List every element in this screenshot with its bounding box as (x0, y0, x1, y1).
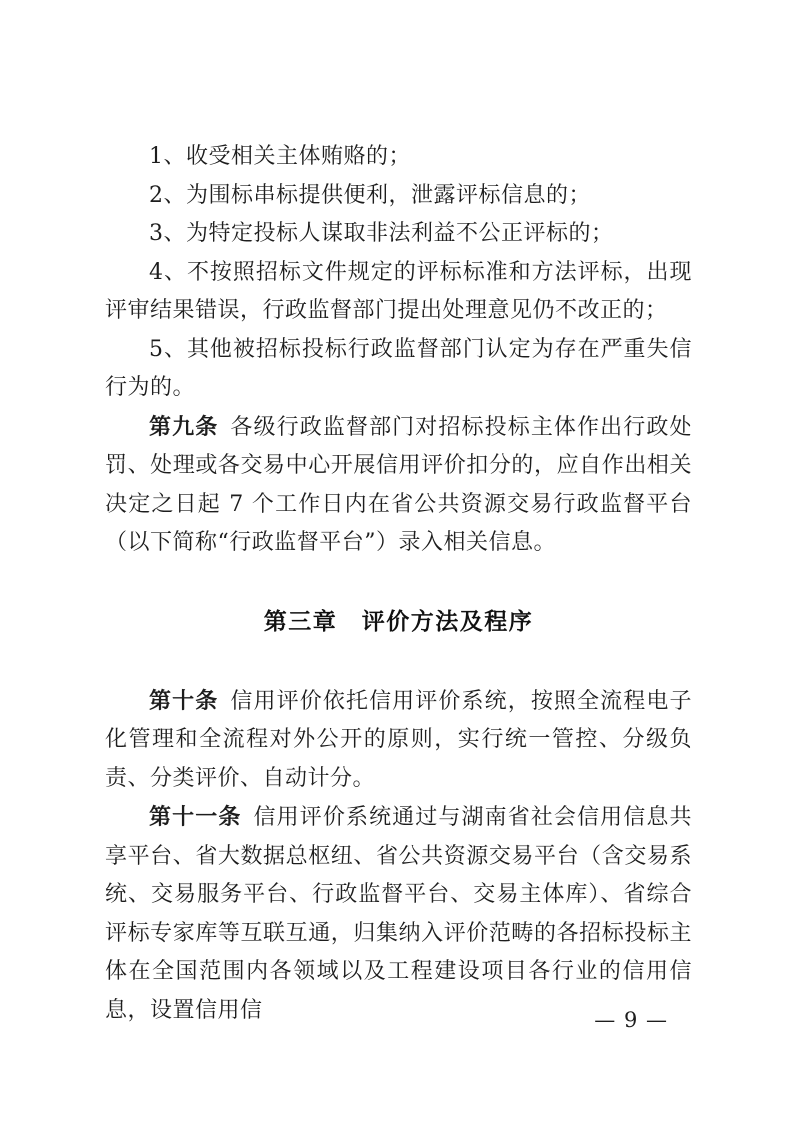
page-number: — 9 — (594, 1008, 668, 1032)
article-9: 第九条各级行政监督部门对招标投标主体作出行政处罚、处理或各交易中心开展信用评价扣… (105, 408, 692, 563)
document-page: 1、收受相关主体贿赂的； 2、为围标串标提供便利，泄露评标信息的； 3、为特定投… (0, 0, 793, 1122)
article-11: 第十一条信用评价系统通过与湖南省社会信用信息共享平台、省大数据总枢纽、省公共资源… (105, 798, 692, 1030)
list-item-3: 3、为特定投标人谋取非法利益不公正评标的； (105, 215, 692, 254)
document-body: 1、收受相关主体贿赂的； 2、为围标串标提供便利，泄露评标信息的； 3、为特定投… (105, 138, 692, 1030)
chapter-heading: 第三章 评价方法及程序 (105, 603, 692, 636)
article-9-label: 第九条 (149, 414, 218, 440)
article-11-text: 信用评价系统通过与湖南省社会信用信息共享平台、省大数据总枢纽、省公共资源交易平台… (105, 805, 692, 1023)
list-item-4: 4、不按照招标文件规定的评标标准和方法评标，出现评审结果错误，行政监督部门提出处… (105, 254, 692, 331)
list-item-1: 1、收受相关主体贿赂的； (105, 138, 692, 177)
list-item-5: 5、其他被招标投标行政监督部门认定为存在严重失信行为的。 (105, 331, 692, 408)
article-10: 第十条信用评价依托信用评价系统，按照全流程电子化管理和全流程对外公开的原则，实行… (105, 682, 692, 799)
list-item-2: 2、为围标串标提供便利，泄露评标信息的； (105, 177, 692, 216)
article-10-label: 第十条 (149, 688, 218, 714)
article-11-label: 第十一条 (149, 804, 241, 830)
